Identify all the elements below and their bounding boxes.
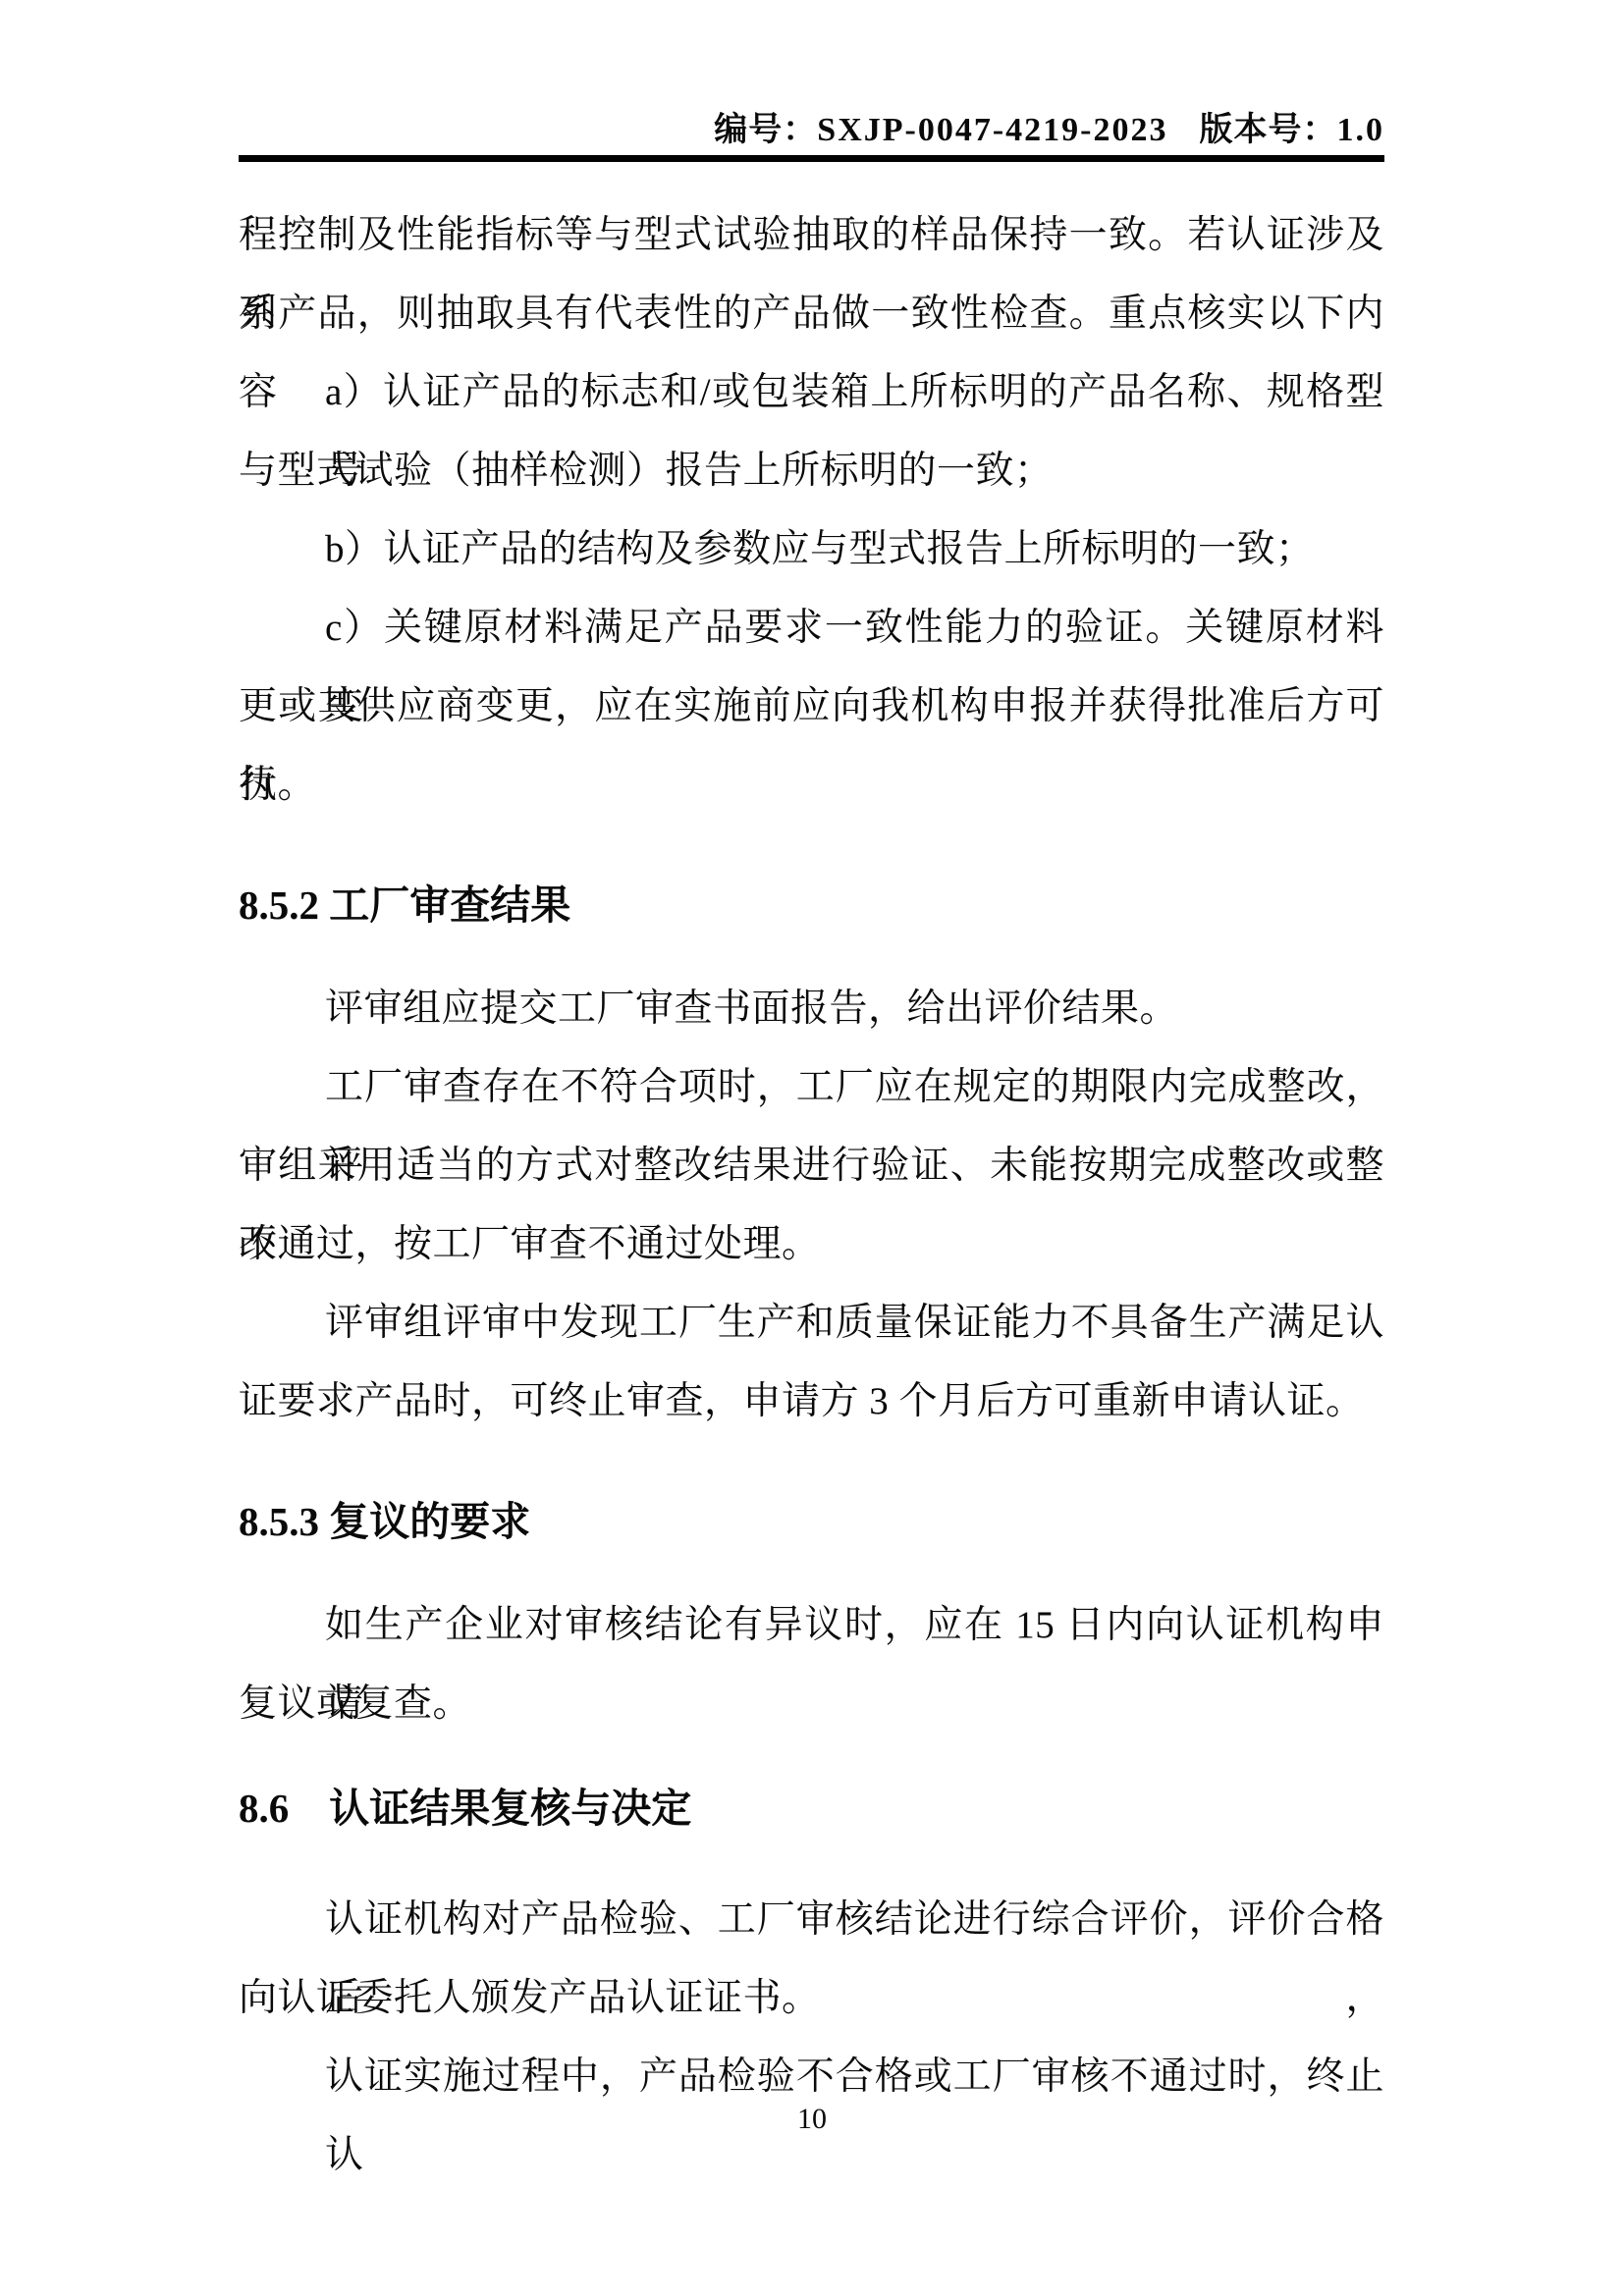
- doc-version-value: 1.0: [1337, 112, 1385, 148]
- body-line: 评审组评审中发现工厂生产和质量保证能力不具备生产满足认: [239, 1284, 1384, 1362]
- header-divider: [239, 155, 1384, 162]
- body-line: 证要求产品时，可终止审查，申请方 3 个月后方可重新申请认证。: [239, 1362, 1384, 1441]
- header-meta: 编号：SXJP-0047-4219-2023版本号：1.0: [239, 110, 1384, 150]
- body-line: 与型式试验（抽样检测）报告上所标明的一致；: [239, 432, 1384, 510]
- body-line: 审组采用适当的方式对整改结果进行验证、未能按期完成整改或整改: [239, 1127, 1384, 1205]
- body-line: 评审组应提交工厂审查书面报告，给出评价结果。: [239, 970, 1384, 1048]
- body-line: 列产品，则抽取具有代表性的产品做一致性检查。重点核实以下内容：: [239, 275, 1384, 353]
- doc-version-label: 版本号：: [1200, 111, 1337, 148]
- page: 编号：SXJP-0047-4219-2023版本号：1.0 程控制及性能指标等与…: [0, 0, 1624, 2296]
- body-line: 程控制及性能指标等与型式试验抽取的样品保持一致。若认证涉及系: [239, 196, 1384, 275]
- doc-code-label: 编号：: [714, 111, 817, 148]
- document-page: { "header": { "code_label": "编号：", "code…: [0, 0, 1624, 2296]
- body-line-item-b: b）认证产品的结构及参数应与型式报告上所标明的一致；: [239, 510, 1384, 589]
- body-line: 更或其供应商变更，应在实施前应向我机构申报并获得批准后方可执: [239, 667, 1384, 746]
- page-header: 编号：SXJP-0047-4219-2023版本号：1.0: [239, 0, 1384, 162]
- document-body: 程控制及性能指标等与型式试验抽取的样品保持一致。若认证涉及系 列产品，则抽取具有…: [239, 196, 1384, 2116]
- body-line: 复议或复查。: [239, 1665, 1384, 1743]
- body-line: 工厂审查存在不符合项时，工厂应在规定的期限内完成整改，评: [239, 1048, 1384, 1127]
- page-number: 10: [797, 2103, 827, 2135]
- doc-code-value: SXJP-0047-4219-2023: [817, 112, 1167, 148]
- section-heading-8-5-2: 8.5.2 工厂审查结果: [239, 866, 1384, 944]
- body-line: 认证机构对产品检验、工厂审核结论进行综合评价，评价合格后，: [239, 1881, 1384, 1959]
- body-line-item-c: c）关键原材料满足产品要求一致性能力的验证。关键原材料变: [239, 589, 1384, 667]
- body-line-item-a: a）认证产品的标志和/或包装箱上所标明的产品名称、规格型号: [239, 353, 1384, 432]
- section-heading-8-5-3: 8.5.3 复议的要求: [239, 1482, 1384, 1561]
- body-line: 如生产企业对审核结论有异议时，应在 15 日内向认证机构申请: [239, 1586, 1384, 1665]
- body-line: 行。: [239, 746, 1384, 825]
- body-line: 不通过，按工厂审查不通过处理。: [239, 1205, 1384, 1284]
- page-footer: 10: [0, 2103, 1624, 2136]
- section-heading-8-6: 8.6 认证结果复核与决定: [239, 1769, 1384, 1847]
